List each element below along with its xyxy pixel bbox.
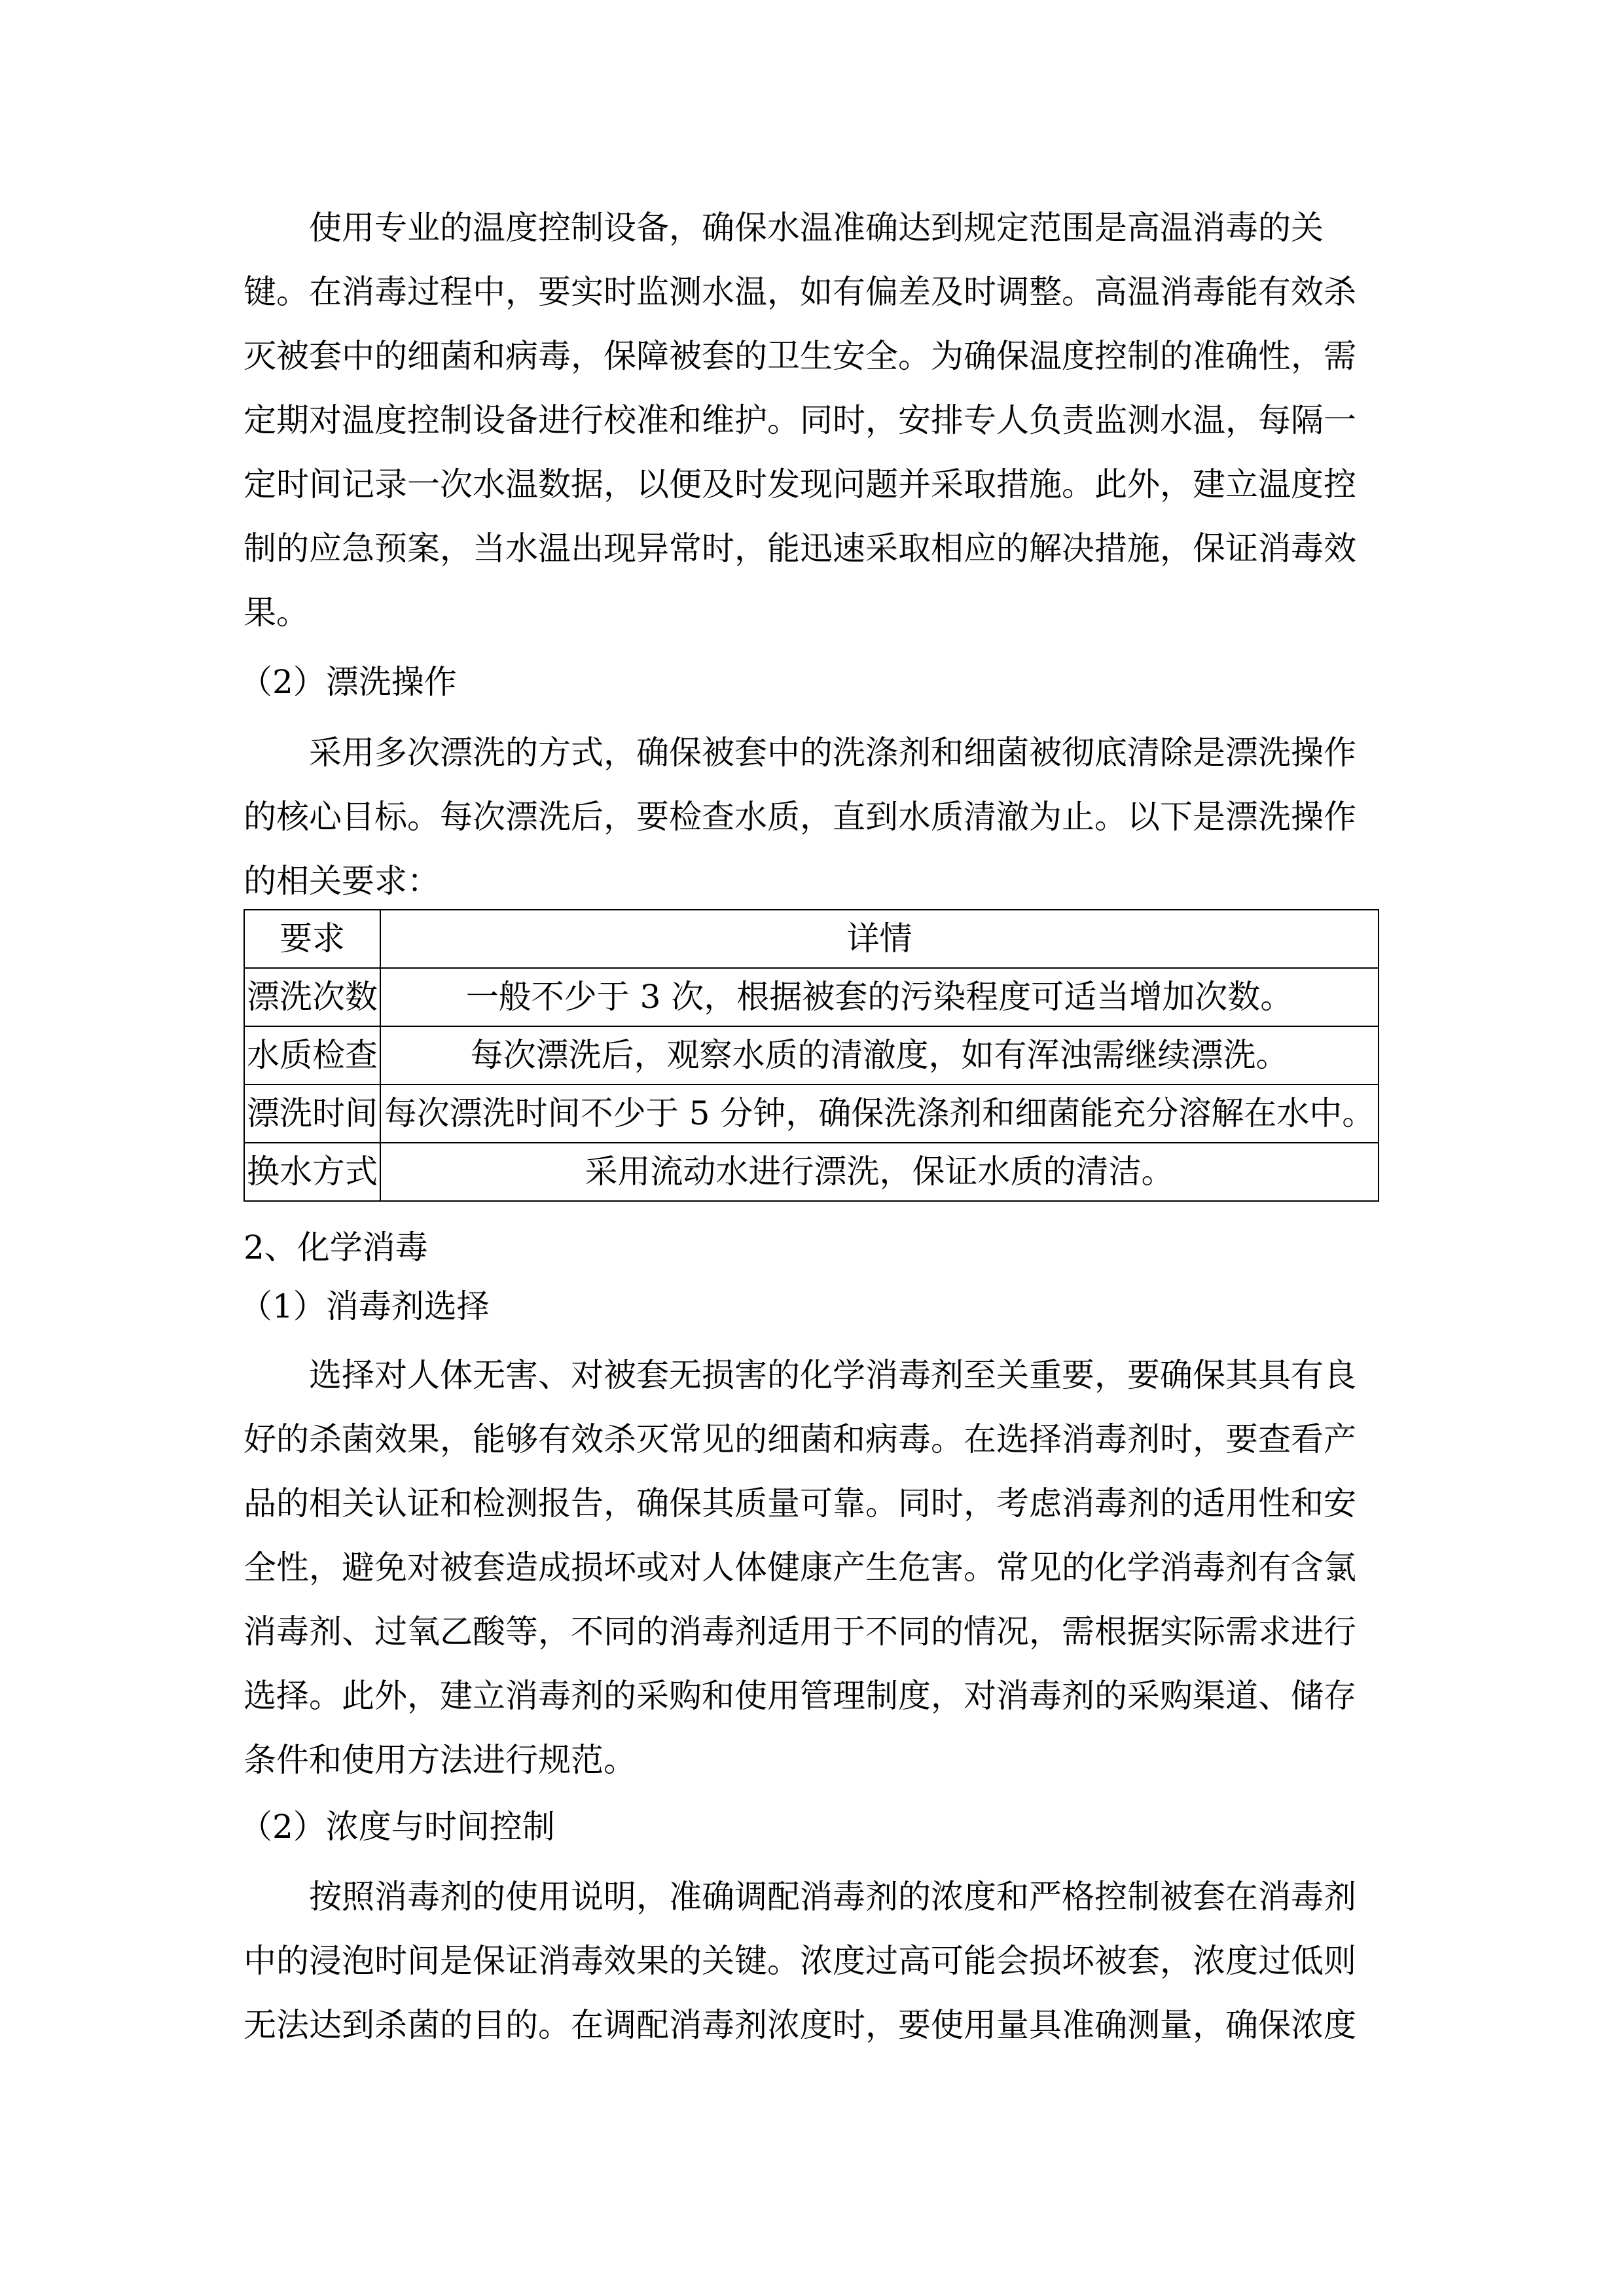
table-cell-detail: 每次漂洗后，观察水质的清澈度，如有浑浊需继续漂洗。 xyxy=(380,1026,1379,1085)
paragraph-line: 按照消毒剂的使用说明，准确调配消毒剂的浓度和严格控制被套在消毒剂 xyxy=(244,1865,1356,1929)
table-row: 漂洗时间 每次漂洗时间不少于 5 分钟，确保洗涤剂和细菌能充分溶解在水中。 xyxy=(244,1085,1379,1143)
table-cell-detail: 一般不少于 3 次，根据被套的污染程度可适当增加次数。 xyxy=(380,968,1379,1026)
paragraph-line: 采用多次漂洗的方式，确保被套中的洗涤剂和细菌被彻底清除是漂洗操作 xyxy=(244,721,1356,785)
paragraph-line: 中的浸泡时间是保证消毒效果的关键。浓度过高可能会损坏被套，浓度过低则 xyxy=(244,1929,1356,1993)
table-row: 换水方式 采用流动水进行漂洗，保证水质的清洁。 xyxy=(244,1143,1379,1201)
paragraph-disinfectant-selection: 选择对人体无害、对被套无损害的化学消毒剂至关重要，要确保其具有良 好的杀菌效果，… xyxy=(244,1343,1356,1792)
paragraph-line: 条件和使用方法进行规范。 xyxy=(244,1728,1356,1792)
table-row: 漂洗次数 一般不少于 3 次，根据被套的污染程度可适当增加次数。 xyxy=(244,968,1379,1026)
paragraph-line: 品的相关认证和检测报告，确保其质量可靠。同时，考虑消毒剂的适用性和安 xyxy=(244,1471,1356,1535)
table-cell-requirement: 漂洗次数 xyxy=(244,968,380,1026)
table-cell-requirement: 漂洗时间 xyxy=(244,1085,380,1143)
table-header-row: 要求 详情 xyxy=(244,910,1379,968)
paragraph-line: 选择。此外，建立消毒剂的采购和使用管理制度，对消毒剂的采购渠道、储存 xyxy=(244,1664,1356,1728)
section-heading-rinse: （2）漂洗操作 xyxy=(240,650,457,714)
paragraph-line: 好的杀菌效果，能够有效杀灭常见的细菌和病毒。在选择消毒剂时，要查看产 xyxy=(244,1407,1356,1471)
paragraph-line: 定时间记录一次水温数据，以便及时发现问题并采取措施。此外，建立温度控 xyxy=(244,452,1356,516)
paragraph-line: 无法达到杀菌的目的。在调配消毒剂浓度时，要使用量具准确测量，确保浓度 xyxy=(244,1993,1356,2057)
paragraph-line: 制的应急预案，当水温出现异常时，能迅速采取相应的解决措施，保证消毒效 xyxy=(244,516,1356,581)
paragraph-rinse-intro: 采用多次漂洗的方式，确保被套中的洗涤剂和细菌被彻底清除是漂洗操作 的核心目标。每… xyxy=(244,721,1356,908)
rinse-requirements-table: 要求 详情 漂洗次数 一般不少于 3 次，根据被套的污染程度可适当增加次数。 水… xyxy=(244,909,1379,1202)
section-heading-disinfectant-selection: （1）消毒剂选择 xyxy=(240,1274,490,1338)
paragraph-line: 键。在消毒过程中，要实时监测水温，如有偏差及时调整。高温消毒能有效杀 xyxy=(244,260,1356,324)
paragraph-line: 的核心目标。每次漂洗后，要检查水质，直到水质清澈为止。以下是漂洗操作 xyxy=(244,785,1356,849)
table-cell-detail: 采用流动水进行漂洗，保证水质的清洁。 xyxy=(380,1143,1379,1201)
table-cell-requirement: 换水方式 xyxy=(244,1143,380,1201)
section-heading-concentration-time: （2）浓度与时间控制 xyxy=(240,1795,555,1859)
table-cell-detail: 每次漂洗时间不少于 5 分钟，确保洗涤剂和细菌能充分溶解在水中。 xyxy=(380,1085,1379,1143)
paragraph-temperature-control: 使用专业的温度控制设备，确保水温准确达到规定范围是高温消毒的关 键。在消毒过程中… xyxy=(244,196,1356,645)
paragraph-line: 全性，避免对被套造成损坏或对人体健康产生危害。常见的化学消毒剂有含氯 xyxy=(244,1535,1356,1600)
paragraph-line: 的相关要求： xyxy=(244,849,1356,908)
table-cell-requirement: 水质检查 xyxy=(244,1026,380,1085)
paragraph-line: 果。 xyxy=(244,581,1356,645)
table-row: 水质检查 每次漂洗后，观察水质的清澈度，如有浑浊需继续漂洗。 xyxy=(244,1026,1379,1085)
paragraph-line: 定期对温度控制设备进行校准和维护。同时，安排专人负责监测水温，每隔一 xyxy=(244,388,1356,452)
section-heading-chemical-disinfection: 2、化学消毒 xyxy=(244,1215,428,1280)
paragraph-line: 消毒剂、过氧乙酸等，不同的消毒剂适用于不同的情况，需根据实际需求进行 xyxy=(244,1600,1356,1664)
table-header-cell: 详情 xyxy=(380,910,1379,968)
table-header-cell: 要求 xyxy=(244,910,380,968)
paragraph-line: 选择对人体无害、对被套无损害的化学消毒剂至关重要，要确保其具有良 xyxy=(244,1343,1356,1407)
paragraph-line: 使用专业的温度控制设备，确保水温准确达到规定范围是高温消毒的关 xyxy=(244,196,1356,260)
paragraph-concentration-time: 按照消毒剂的使用说明，准确调配消毒剂的浓度和严格控制被套在消毒剂 中的浸泡时间是… xyxy=(244,1865,1356,2057)
paragraph-line: 灭被套中的细菌和病毒，保障被套的卫生安全。为确保温度控制的准确性，需 xyxy=(244,324,1356,388)
